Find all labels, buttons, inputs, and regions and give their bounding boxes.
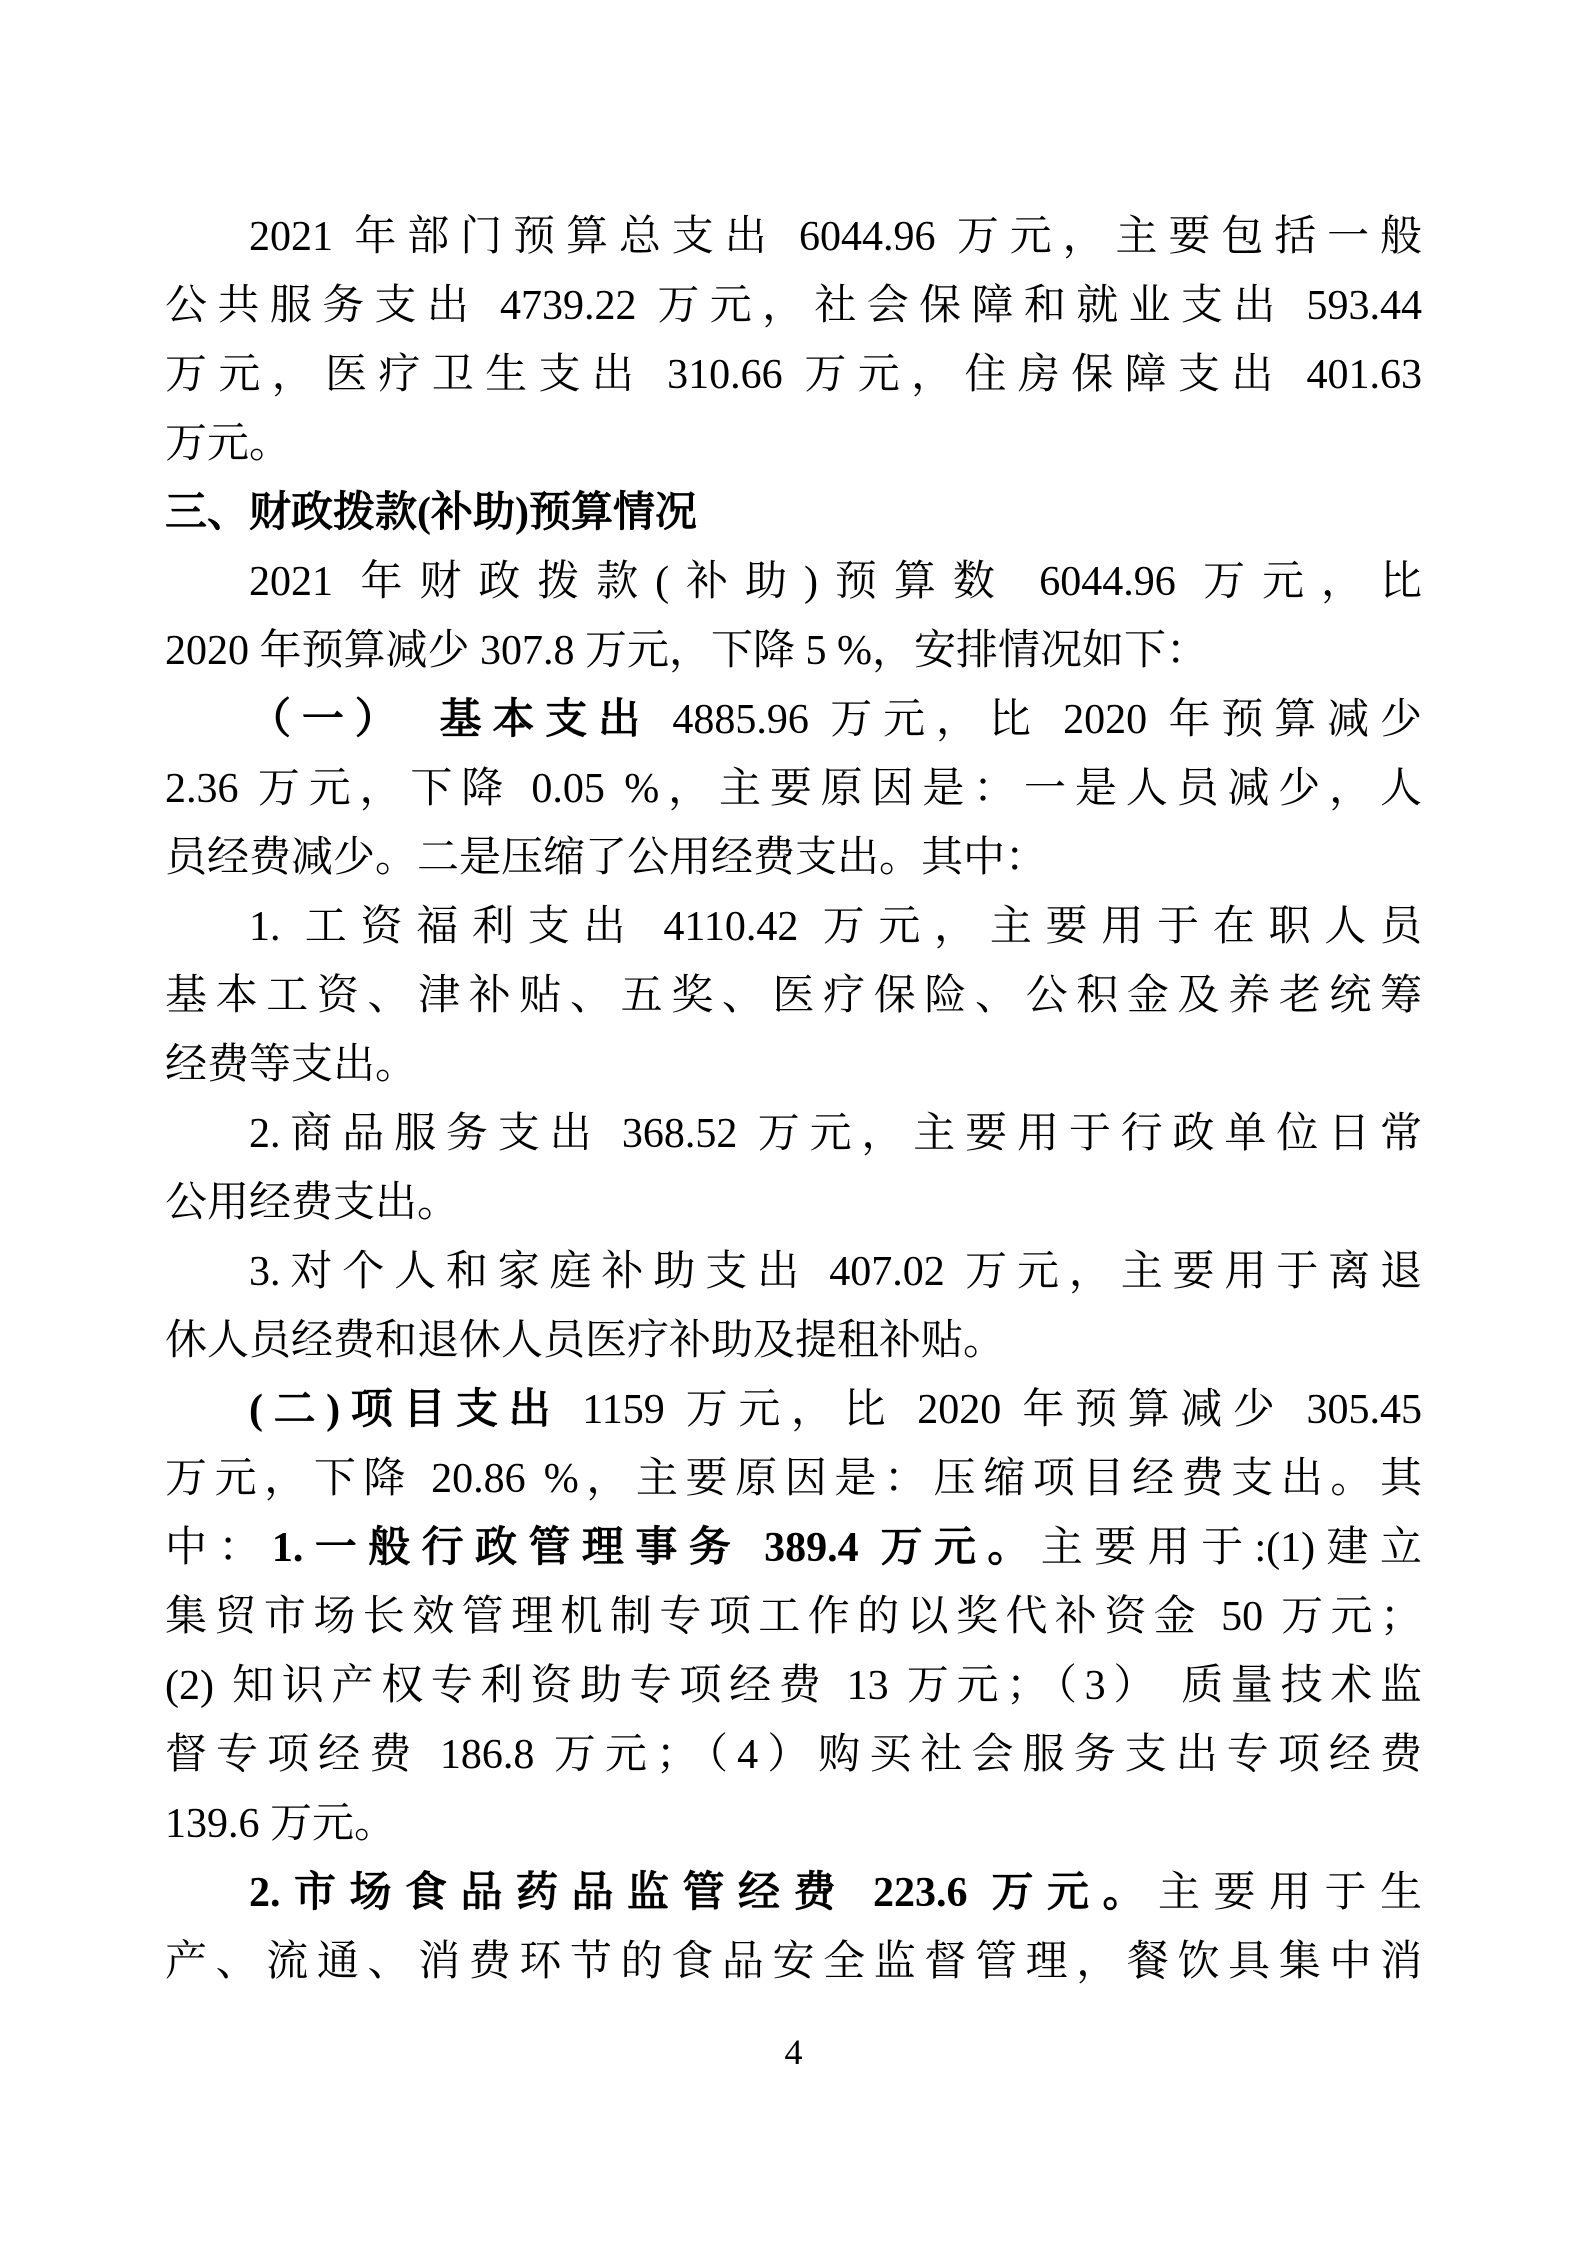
text-run: 主要用于:(1)建立 <box>1041 1525 1422 1571</box>
paragraph-market-supervision: 2.市场食品药品监管经费 223.6 万元。主要用于生 产、流通、消费环节的食品… <box>165 1859 1422 1997</box>
text-line: 2.市场食品药品监管经费 223.6 万元。主要用于生 <box>165 1859 1422 1928</box>
document-body: 2021 年部门预算总支出 6044.96 万元，主要包括一般 公共服务支出 4… <box>165 203 1422 1997</box>
text-line: 万元，下降 20.86 %，主要原因是：压缩项目经费支出。其 <box>165 1445 1422 1514</box>
bold-run: 2.市场食品药品监管经费 223.6 万元。 <box>249 1870 1158 1916</box>
section-heading: 三、财政拨款(补助)预算情况 <box>165 479 1422 548</box>
text-line: 139.6 万元。 <box>165 1790 1422 1859</box>
text-line: 产、流通、消费环节的食品安全监督管理，餐饮具集中消 <box>165 1928 1422 1997</box>
text-line: 2021 年部门预算总支出 6044.96 万元，主要包括一般 <box>165 203 1422 272</box>
paragraph-goods-services: 2.商品服务支出 368.52 万元，主要用于行政单位日常 公用经费支出。 <box>165 1100 1422 1238</box>
text-line: 基本工资、津补贴、五奖、医疗保险、公积金及养老统筹 <box>165 962 1422 1031</box>
text-run: 1159 万元，比 2020 年预算减少 305.45 <box>561 1387 1422 1433</box>
paragraph-total-expenditure: 2021 年部门预算总支出 6044.96 万元，主要包括一般 公共服务支出 4… <box>165 203 1422 479</box>
text-line: 经费等支出。 <box>165 1031 1422 1100</box>
text-line: 万元。 <box>165 410 1422 479</box>
text-line: (2) 知识产权专利资助专项经费 13 万元；（3） 质量技术监 <box>165 1652 1422 1721</box>
text-line: 1. 工资福利支出 4110.42 万元，主要用于在职人员 <box>165 893 1422 962</box>
text-line: 督专项经费 186.8 万元；（4）购买社会服务支出专项经费 <box>165 1721 1422 1790</box>
paragraph-wages-welfare: 1. 工资福利支出 4110.42 万元，主要用于在职人员 基本工资、津补贴、五… <box>165 893 1422 1100</box>
text-line: （一） 基本支出 4885.96 万元，比 2020 年预算减少 <box>165 686 1422 755</box>
paragraph-individual-subsidies: 3.对个人和家庭补助支出 407.02 万元，主要用于离退 休人员经费和退休人员… <box>165 1238 1422 1376</box>
bold-run: 1.一般行政管理事务 389.4 万元。 <box>272 1525 1041 1571</box>
bold-run: (二)项目支出 <box>249 1387 561 1433</box>
text-line: 2.商品服务支出 368.52 万元，主要用于行政单位日常 <box>165 1100 1422 1169</box>
text-line: 2021 年财政拨款(补助)预算数 6044.96 万元，比 <box>165 548 1422 617</box>
bold-run: （一） 基本支出 <box>249 697 651 743</box>
text-line: 中：1.一般行政管理事务 389.4 万元。主要用于:(1)建立 <box>165 1514 1422 1583</box>
text-line: 休人员经费和退休人员医疗补助及提租补贴。 <box>165 1307 1422 1376</box>
text-line: 公共服务支出 4739.22 万元，社会保障和就业支出 593.44 <box>165 272 1422 341</box>
paragraph-appropriation-overview: 2021 年财政拨款(补助)预算数 6044.96 万元，比 2020 年预算减… <box>165 548 1422 686</box>
text-line: 公用经费支出。 <box>165 1169 1422 1238</box>
text-run: 主要用于生 <box>1158 1870 1422 1916</box>
paragraph-basic-expenditure: （一） 基本支出 4885.96 万元，比 2020 年预算减少 2.36 万元… <box>165 686 1422 893</box>
text-line: 员经费减少。二是压缩了公用经费支出。其中： <box>165 824 1422 893</box>
text-run: 4885.96 万元，比 2020 年预算减少 <box>651 697 1422 743</box>
text-run: 中： <box>165 1525 272 1571</box>
text-line: 集贸市场长效管理机制专项工作的以奖代补资金 50 万元； <box>165 1583 1422 1652</box>
page-number: 4 <box>0 2030 1587 2074</box>
paragraph-project-expenditure: (二)项目支出 1159 万元，比 2020 年预算减少 305.45 万元，下… <box>165 1376 1422 1859</box>
text-line: (二)项目支出 1159 万元，比 2020 年预算减少 305.45 <box>165 1376 1422 1445</box>
text-line: 万元，医疗卫生支出 310.66 万元，住房保障支出 401.63 <box>165 341 1422 410</box>
text-line: 3.对个人和家庭补助支出 407.02 万元，主要用于离退 <box>165 1238 1422 1307</box>
document-page: 2021 年部门预算总支出 6044.96 万元，主要包括一般 公共服务支出 4… <box>0 0 1587 2245</box>
text-line: 2.36 万元，下降 0.05 %，主要原因是：一是人员减少，人 <box>165 755 1422 824</box>
text-line: 2020 年预算减少 307.8 万元，下降 5 %，安排情况如下： <box>165 617 1422 686</box>
